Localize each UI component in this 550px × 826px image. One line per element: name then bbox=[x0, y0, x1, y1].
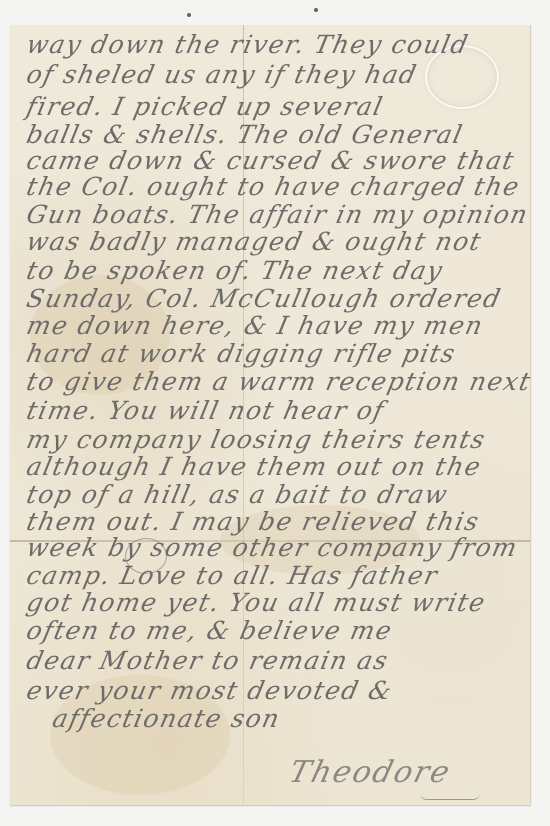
letter-line: got home yet. You all must write bbox=[24, 589, 489, 617]
signature-flourish bbox=[420, 793, 480, 800]
letter-line: of sheled us any if they had bbox=[24, 61, 420, 89]
letter-line: balls & shells. The old General bbox=[24, 121, 466, 149]
letter-line: my company loosing theirs tents bbox=[24, 426, 489, 454]
binding-hole-mark bbox=[314, 8, 318, 12]
letter-line: to be spoken of. The next day bbox=[24, 257, 446, 285]
letter-line: fired. I picked up several bbox=[24, 93, 386, 121]
letter-line: me down here, & I have my men bbox=[24, 312, 486, 340]
letter-line: time. You will not hear of bbox=[24, 397, 387, 425]
letter-line: dear Mother to remain as bbox=[24, 647, 391, 675]
letter-line: often to me, & believe me bbox=[24, 617, 395, 645]
letter-line: camp. Love to all. Has father bbox=[24, 562, 441, 590]
letter-line: Gun boats. The affair in my opinion bbox=[24, 201, 531, 229]
letter-line: although I have them out on the bbox=[24, 453, 484, 481]
letter-line: to give them a warm reception next bbox=[24, 368, 534, 396]
letter-line: top of a hill, as a bait to draw bbox=[24, 481, 451, 509]
letter-line: them out. I may be relieved this bbox=[24, 508, 482, 536]
letter-line: ever your most devoted & bbox=[24, 677, 395, 705]
letter-line: came down & cursed & swore that bbox=[24, 147, 517, 175]
letter-line: was badly managed & ought not bbox=[24, 228, 485, 256]
signature: Theodore bbox=[286, 755, 455, 790]
letter-line: the Col. ought to have charged the bbox=[24, 173, 523, 201]
binding-hole-mark bbox=[187, 13, 191, 17]
letter-line: hard at work digging rifle pits bbox=[24, 340, 459, 368]
letter-line: affectionate son bbox=[50, 705, 283, 733]
scanned-letter-page: way down the river. They could of sheled… bbox=[0, 0, 550, 826]
letter-line: week by some other company from bbox=[24, 534, 521, 562]
letter-line: Sunday, Col. McCullough ordered bbox=[24, 285, 504, 313]
letter-line: way down the river. They could bbox=[24, 31, 471, 59]
letter-paper: way down the river. They could of sheled… bbox=[10, 25, 531, 805]
